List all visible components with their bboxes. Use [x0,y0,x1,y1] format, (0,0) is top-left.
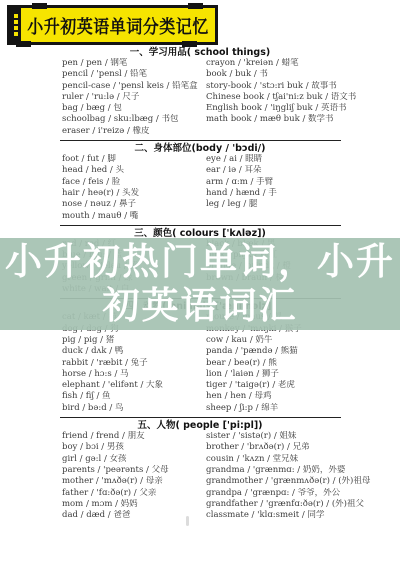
word-row: grandmother / 'grænmʌðə(r) / (外)祖母 [206,476,400,487]
word-row: lion / 'laiən / 狮子 [206,369,400,380]
word-row: grandpa / 'grænpɑ: / 爷爷，外公 [206,488,400,499]
word-column-right: eye / ai / 眼睛ear / iə / 耳朵arm / ɑ:m / 手臂… [200,154,400,222]
page: 小升初英语单词分类记忆 一、学习用品( school things)pen / … [0,0,400,563]
word-row: boy / bɔi / 男孩 [62,442,200,453]
word-row: math book / mæθ buk / 数学书 [206,114,400,125]
watermark-line2: 初英语词汇 [103,284,298,327]
word-row: mouth / mauθ / 嘴 [62,211,200,222]
word-row: grandfather / 'grænfɑ:ðə(r) / (外)祖父 [206,499,400,510]
word-row: story-book / 'stɔ:ri buk / 故事书 [206,81,400,92]
word-row: bear / beə(r) / 熊 [206,358,400,369]
word-column-right: sister / 'sistə(r) / 姐妹brother / 'brʌðə(… [200,431,400,521]
word-row: pencil / 'pensl / 铅笔 [62,69,200,80]
word-columns: foot / fut / 脚head / hed / 头face / feis … [0,154,400,222]
word-row: ruler / 'ru:lə / 尺子 [62,92,200,103]
section-title: 二、身体部位(body / 'bɔdi/) [0,143,400,154]
word-row: ear / iə / 耳朵 [206,165,400,176]
word-row: duck / dʌk / 鸭 [62,346,200,357]
word-row: leg / leg / 腿 [206,199,400,210]
word-row: fish / fiʃ / 鱼 [62,391,200,402]
word-row: foot / fut / 脚 [62,154,200,165]
word-row: girl / gə:l / 女孩 [62,454,200,465]
word-row: bird / bə:d / 鸟 [62,403,200,414]
word-columns: friend / frend / 朋友boy / bɔi / 男孩girl / … [0,431,400,521]
word-row: Chinese book / tʃai'ni:z buk / 语文书 [206,92,400,103]
word-row: pig / pig / 猪 [62,335,200,346]
section-title: 一、学习用品( school things) [0,47,400,58]
word-row: pen / pen / 钢笔 [62,58,200,69]
word-row: eye / ai / 眼睛 [206,154,400,165]
word-column-left: foot / fut / 脚head / hed / 头face / feis … [0,154,200,222]
word-row: English book / 'iŋgliʃ buk / 英语书 [206,103,400,114]
watermark-text: 小升初热门单词，小升 初英语词汇 [5,240,395,328]
word-row: mom / mɔm / 妈妈 [62,499,200,510]
word-row: brother / 'brʌðə(r) / 兄弟 [206,442,400,453]
tab-glyph [14,14,18,18]
watermark-overlay: 小升初热门单词，小升 初英语词汇 [0,238,400,330]
word-row: schoolbag / sku:lbæg / 书包 [62,114,200,125]
vocab-section: 五、人物( people ['pi:pl])friend / frend / 朋… [0,417,400,521]
banner-title: 小升初英语单词分类记忆 [21,6,215,44]
section-divider [60,417,341,418]
tab-glyph [14,26,18,30]
word-row: book / buk / 书 [206,69,400,80]
word-row: horse / hɔ:s / 马 [62,369,200,380]
tab-glyph [14,32,18,36]
section-title: 五、人物( people ['pi:pl]) [0,420,400,431]
smudge-mark [186,516,189,526]
word-columns: pen / pen / 钢笔pencil / 'pensl / 铅笔pencil… [0,58,400,137]
tab-glyph [14,20,18,24]
word-row: hen / hen / 母鸡 [206,391,400,402]
word-row: rabbit / 'ræbit / 兔子 [62,358,200,369]
banner-side-tab [10,8,21,42]
word-row: bag / bæg / 包 [62,103,200,114]
word-row: crayon / 'kreiən / 蜡笔 [206,58,400,69]
vocab-section: 二、身体部位(body / 'bɔdi/)foot / fut / 脚head … [0,140,400,222]
word-row: eraser / i'reizə / 橡皮 [62,126,200,137]
word-row: face / feis / 脸 [62,177,200,188]
word-row: cousin / 'kʌzn / 堂兄妹 [206,454,400,465]
word-row: classmate / 'klɑ:smeit / 同学 [206,510,400,521]
word-row: nose / nəuz / 鼻子 [62,199,200,210]
section-divider [60,140,341,141]
word-row: grandma / 'grænmɑ: / 奶奶，外婆 [206,465,400,476]
word-row: elephant / 'elifənt / 大象 [62,380,200,391]
word-row: panda / 'pændə / 熊猫 [206,346,400,357]
word-row: head / hed / 头 [62,165,200,176]
word-row: hair / heə(r) / 头发 [62,188,200,199]
word-row: father / 'fɑ:ðə(r) / 父亲 [62,488,200,499]
section-divider [60,225,341,226]
word-row: cow / kau / 奶牛 [206,335,400,346]
word-row: tiger / 'taigə(r) / 老虎 [206,380,400,391]
word-row: mother / 'mʌðə(r) / 母亲 [62,476,200,487]
word-column-left: friend / frend / 朋友boy / bɔi / 男孩girl / … [0,431,200,521]
word-row: hand / hænd / 手 [206,188,400,199]
word-column-left: pen / pen / 钢笔pencil / 'pensl / 铅笔pencil… [0,58,200,137]
word-row: sister / 'sistə(r) / 姐妹 [206,431,400,442]
word-row: pencil-case / 'pensl keis / 铅笔盒 [62,81,200,92]
word-column-right: crayon / 'kreiən / 蜡笔book / buk / 书story… [200,58,400,137]
word-row: sheep / ʃi:p / 绵羊 [206,403,400,414]
word-row: friend / frend / 朋友 [62,431,200,442]
watermark-line1: 小升初热门单词，小升 [5,240,395,283]
word-row: arm / ɑ:m / 手臂 [206,177,400,188]
vocab-section: 一、学习用品( school things)pen / pen / 钢笔penc… [0,47,400,137]
word-row: parents / 'peərənts / 父母 [62,465,200,476]
word-row: dad / dæd / 爸爸 [62,510,200,521]
title-banner: 小升初英语单词分类记忆 [7,5,218,45]
